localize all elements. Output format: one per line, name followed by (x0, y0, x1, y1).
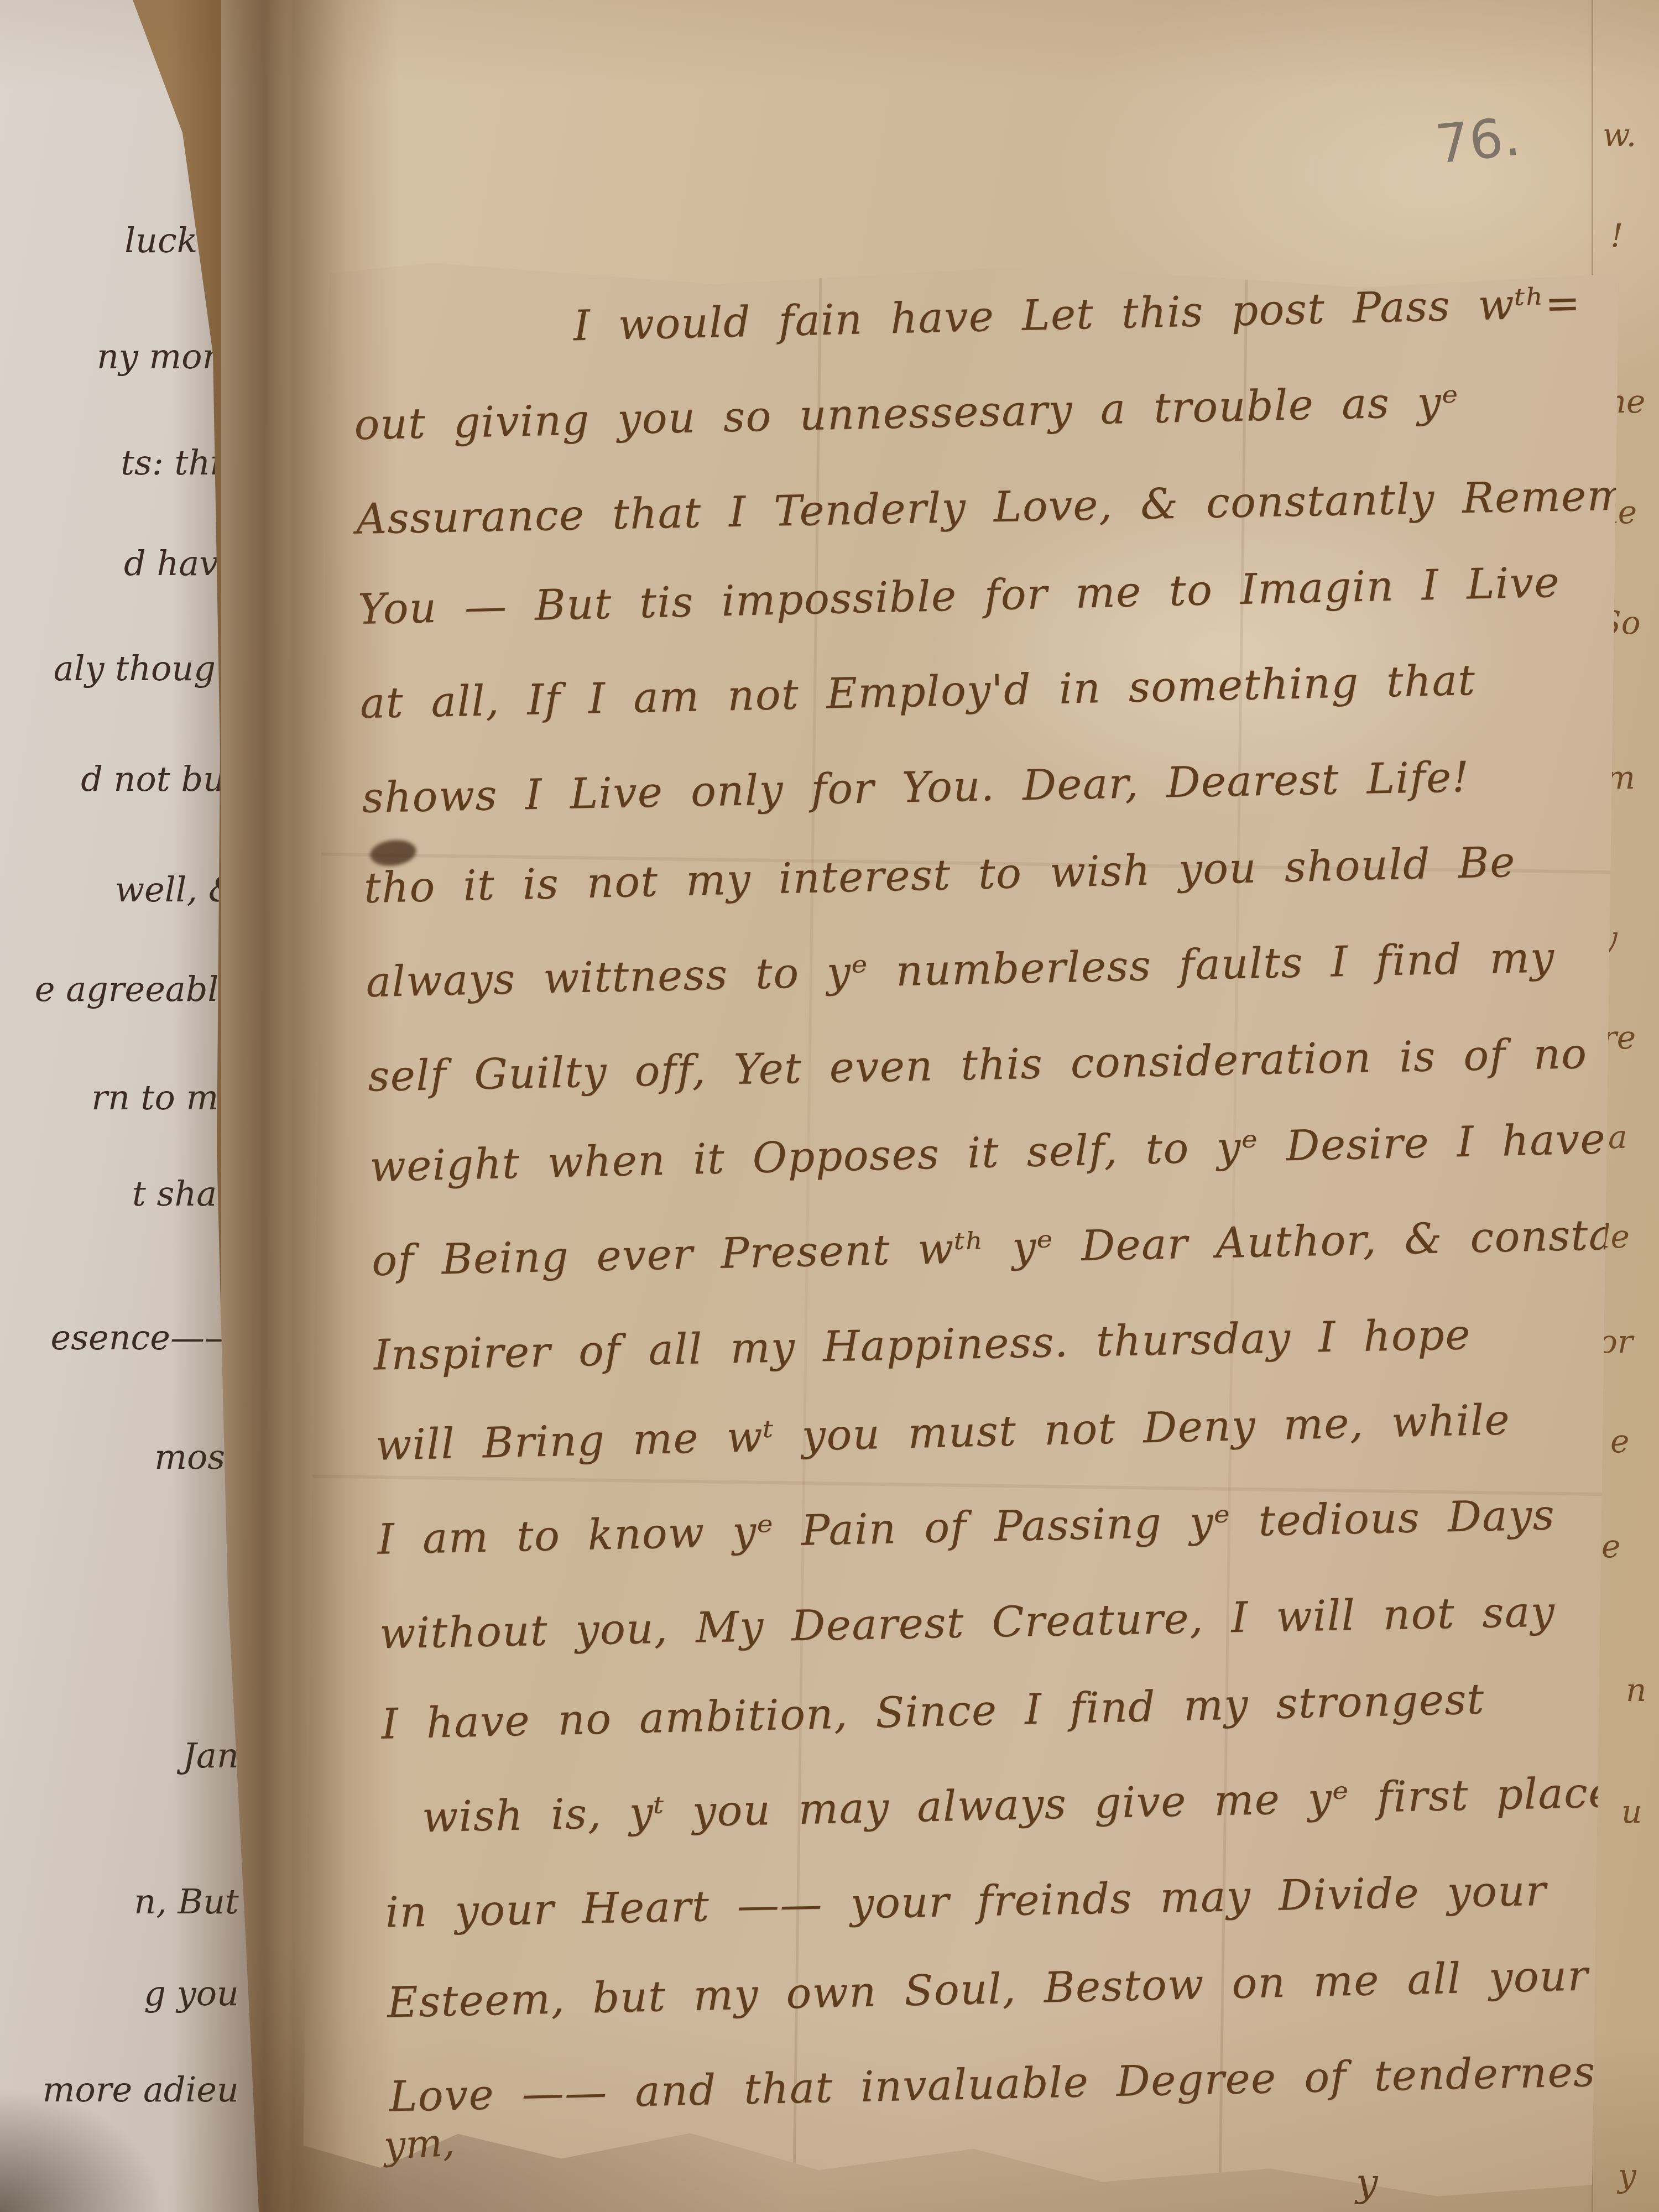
right-leaf-fragment: e (1601, 1527, 1620, 1565)
letter-body: I would fain have Let this post Pass wᵗʰ… (351, 259, 1640, 2143)
folio-number: 76. (1433, 105, 1524, 175)
facing-page-fragment: more adieu (43, 2069, 239, 2110)
book-spread-photo: w. ! me Re So m y re a le or e e n u y 7… (0, 0, 1659, 2212)
torn-edge-fragment: y (1356, 2160, 1378, 2205)
letter-sheet: I would fain have Let this post Pass wᵗʰ… (302, 250, 1619, 2212)
right-leaf-fragment: w. (1603, 116, 1636, 154)
right-leaf-fragment: ! (1610, 217, 1623, 254)
facing-page-fragment: Jan (182, 1735, 239, 1776)
facing-page-fragment: g you (144, 1973, 239, 2013)
right-leaf-fragment: y (1618, 2157, 1636, 2194)
facing-page-fragment: e agreeable (35, 969, 239, 1009)
facing-page-fragment: esence—— (50, 1317, 239, 1358)
right-leaf-fragment: e (1610, 1422, 1629, 1460)
facing-page-fragment: d not but (81, 759, 239, 799)
facing-page-fragment: aly thoug't (54, 648, 239, 688)
facing-page-fragment: n, But (134, 1881, 239, 1922)
right-leaf-fragment: u (1621, 1793, 1642, 1830)
right-leaf-fragment: n (1626, 1671, 1646, 1709)
right-leaf-fragment: a (1608, 1118, 1627, 1156)
facing-page-fragment: rn to me (91, 1077, 239, 1118)
letter-line-text: Love —— and that invaluable Degree of te… (389, 2046, 1633, 2121)
